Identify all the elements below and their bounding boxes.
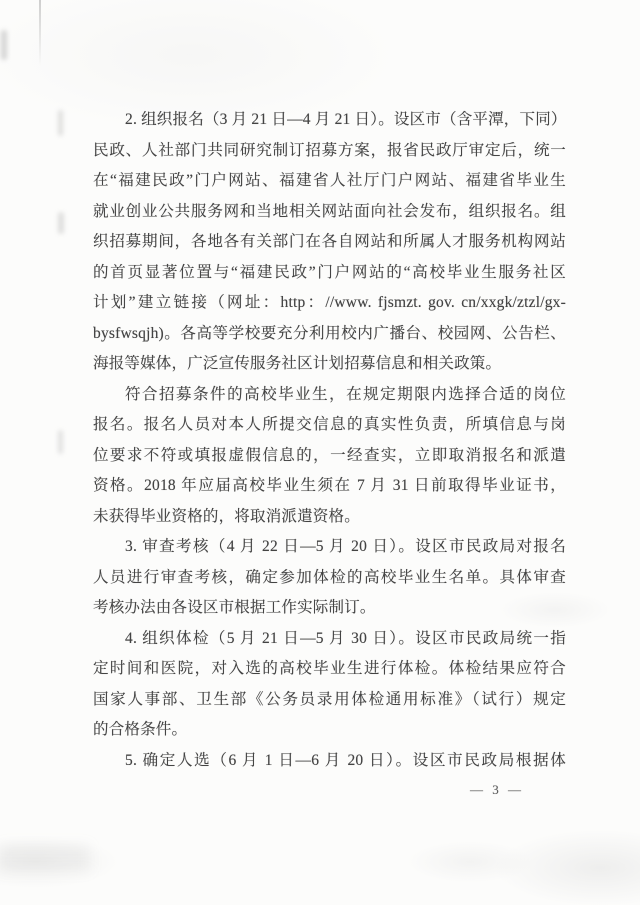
text-line: 4. 组织体检（5 月 21 日—5 月 30 日）。设区市民政局统一指 <box>93 624 566 655</box>
text-line: 国家人事部、卫生部《公务员录用体检通用标准》（试行）规定 <box>93 685 566 716</box>
text-line: 2. 组织报名（3 月 21 日—4 月 21 日）。设区市（含平潭，下同） <box>93 105 566 136</box>
text-line: 织招募期间，各地各有关部门在各自网站和所属人才服务机构网站 <box>93 227 566 258</box>
text-line: bysfwsqjh)。各高等学校要充分利用校内广播台、校园网、公告栏、 <box>93 319 566 350</box>
scan-smudge <box>1 30 7 60</box>
scan-smudge <box>58 212 64 234</box>
text-line: 在“福建民政”门户网站、福建省人社厅门户网站、福建省毕业生 <box>93 166 566 197</box>
text-line: 未获得毕业资格的，将取消派遣资格。 <box>93 502 566 533</box>
text-line: 报名。报名人员对本人所提交信息的真实性负责，所填信息与岗 <box>93 410 566 441</box>
scanned-page: 2. 组织报名（3 月 21 日—4 月 21 日）。设区市（含平潭，下同） 民… <box>0 0 640 905</box>
page-number: — 3 — <box>470 782 540 798</box>
text-line: 民政、人社部门共同研究制订招募方案，报省民政厅审定后，统一 <box>93 136 566 167</box>
text-line: 考核办法由各设区市根据工作实际制订。 <box>93 593 566 624</box>
text-line: 位要求不符或填报虚假信息的，一经查实，立即取消报名和派遣 <box>93 441 566 472</box>
text-line: 的首页显著位置与“福建民政”门户网站的“高校毕业生服务社区 <box>93 258 566 289</box>
text-line: 人员进行审查考核，确定参加体检的高校毕业生名单。具体审查 <box>93 563 566 594</box>
scanned-document-page: { "document": { "lines": [ "2. 组织报名（3 月 … <box>0 0 640 905</box>
text-line: 资格。2018 年应届高校毕业生须在 7 月 31 日前取得毕业证书， <box>93 471 566 502</box>
text-line: 5. 确定人选（6 月 1 日—6 月 20 日）。设区市民政局根据体 <box>93 746 566 777</box>
scan-smudge <box>58 430 63 454</box>
scan-fold-line <box>39 0 41 66</box>
text-line: 计划”建立链接（网址：http：//www. fjsmzt. gov. cn/x… <box>93 288 566 319</box>
document-body-text: 2. 组织报名（3 月 21 日—4 月 21 日）。设区市（含平潭，下同） 民… <box>93 105 566 776</box>
scan-smudge <box>58 110 63 136</box>
text-line: 符合招募条件的高校毕业生，在规定期限内选择合适的岗位 <box>93 380 566 411</box>
text-line: 的合格条件。 <box>93 715 566 746</box>
text-line: 定时间和医院，对入选的高校毕业生进行体检。体检结果应符合 <box>93 654 566 685</box>
text-line: 3. 审查考核（4 月 22 日—5 月 20 日）。设区市民政局对报名 <box>93 532 566 563</box>
scan-smudge <box>0 845 90 871</box>
text-line: 海报等媒体，广泛宣传服务社区计划招募信息和相关政策。 <box>93 349 566 380</box>
text-line: 就业创业公共服务网和当地相关网站面向社会发布，组织报名。组 <box>93 197 566 228</box>
